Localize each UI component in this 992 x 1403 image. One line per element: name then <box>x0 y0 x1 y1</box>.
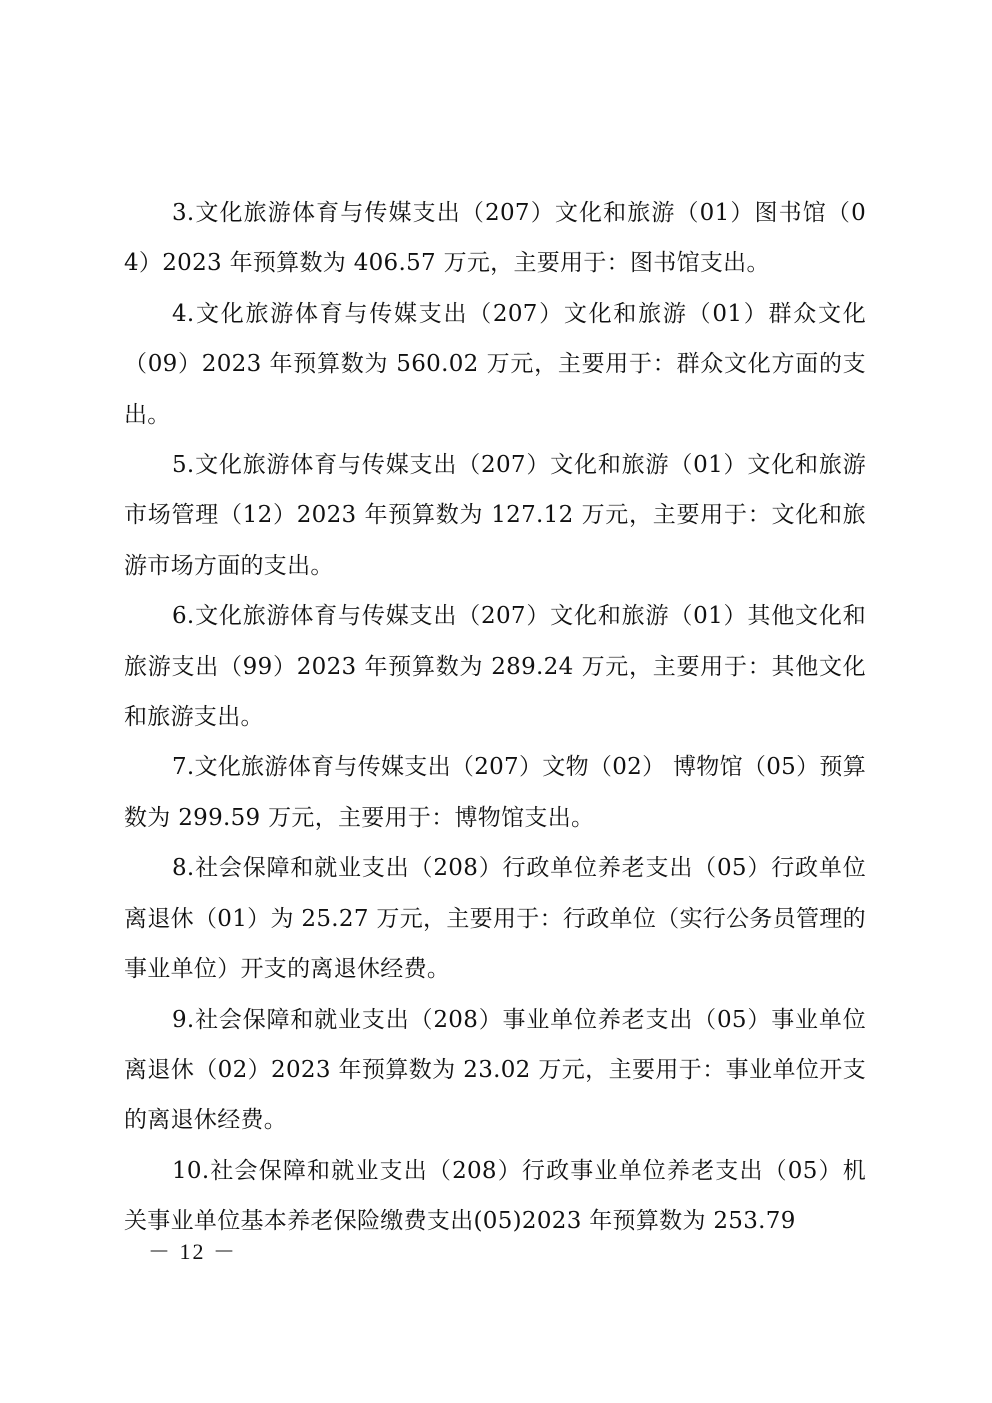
paragraph-item-5: 5.文化旅游体育与传媒支出（207）文化和旅游（01）文化和旅游市场管理（12）… <box>124 440 866 591</box>
paragraph-item-10: 10.社会保障和就业支出（208）行政事业单位养老支出（05）机关事业单位基本养… <box>124 1146 866 1247</box>
page-number: － 12 － <box>148 1235 237 1266</box>
paragraph-item-7: 7.文化旅游体育与传媒支出（207）文物（02） 博物馆（05）预算数为 299… <box>124 742 866 843</box>
paragraph-item-4: 4.文化旅游体育与传媒支出（207）文化和旅游（01）群众文化（09）2023 … <box>124 289 866 440</box>
paragraph-item-8: 8.社会保障和就业支出（208）行政单位养老支出（05）行政单位离退休（01）为… <box>124 843 866 994</box>
paragraph-item-3: 3.文化旅游体育与传媒支出（207）文化和旅游（01）图书馆（04）2023 年… <box>124 188 866 289</box>
document-body: 3.文化旅游体育与传媒支出（207）文化和旅游（01）图书馆（04）2023 年… <box>124 188 866 1247</box>
paragraph-item-6: 6.文化旅游体育与传媒支出（207）文化和旅游（01）其他文化和旅游支出（99）… <box>124 591 866 742</box>
paragraph-item-9: 9.社会保障和就业支出（208）事业单位养老支出（05）事业单位离退休（02）2… <box>124 995 866 1146</box>
document-page: 3.文化旅游体育与传媒支出（207）文化和旅游（01）图书馆（04）2023 年… <box>0 0 992 1403</box>
